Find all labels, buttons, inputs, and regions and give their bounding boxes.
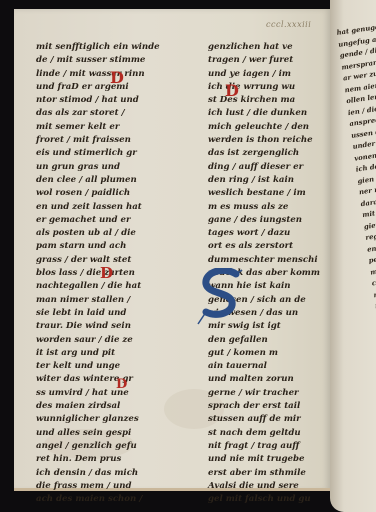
manuscript-line: wunniglicher glanzes	[36, 413, 160, 426]
manuscript-line: stussen auff de mir	[208, 413, 320, 426]
manuscript-line: Avalsi die und sere	[208, 480, 320, 493]
manuscript-line: eis und stimerlich gr	[36, 147, 160, 160]
manuscript-line: de / mit susser stimme	[36, 54, 160, 67]
manuscript-line: mit senfftiglich ein winde	[36, 41, 160, 54]
manuscript-line: mit semer kelt er	[36, 121, 160, 134]
manuscript-line: und alles sein gespi	[36, 427, 160, 440]
manuscript-line: dummeschter menschi	[208, 254, 320, 267]
manuscript-line: witer das wintere gr	[36, 373, 160, 386]
manuscript-line: gel mit falsch und gu	[208, 493, 320, 506]
manuscript-line: worden saur / die ze	[36, 334, 160, 347]
manuscript-line: ich densin / das mich	[36, 467, 160, 480]
manuscript-line: das ist zergenglich	[208, 147, 320, 160]
manuscript-line: den ring / ist kain	[208, 174, 320, 187]
manuscript-line: traur. Die wind sein	[36, 320, 160, 333]
manuscript-line: m es muss als ze	[208, 201, 320, 214]
manuscript-line: sie lebt in laid und	[36, 307, 160, 320]
rubric-initial-d: D	[110, 68, 124, 87]
left-text-column: mit senfftiglich ein windede / mit susse…	[36, 41, 160, 506]
manuscript-line: froret / mit fraissen	[36, 134, 160, 147]
manuscript-line: gerne / wir tracher	[208, 387, 320, 400]
manuscript-line: das als zar storet /	[36, 107, 160, 120]
manuscript-line: sprach der erst tail	[208, 400, 320, 413]
manuscript-line: ain tauernal	[208, 360, 320, 373]
rubric-initial-d: D	[100, 264, 113, 282]
manuscript-line: er gemachet und er	[36, 214, 160, 227]
manuscript-line: erst aber im sthmile	[208, 467, 320, 480]
manuscript-line: gut / komen m	[208, 347, 320, 360]
manuscript-line: werden is thon reiche	[208, 134, 320, 147]
manuscript-line: ntor stimod / hat und	[36, 94, 160, 107]
manuscript-line: nachtegallen / die hat	[36, 280, 160, 293]
manuscript-line: als posten ub al / die	[36, 227, 160, 240]
manuscript-line: ter kelt und unge	[36, 360, 160, 373]
manuscript-line: linde / mit wasser rinn	[36, 68, 160, 81]
folio-number: cccl.xxxiii	[266, 20, 311, 29]
manuscript-line: ret hin. Dem prus	[36, 453, 160, 466]
manuscript-line: weslich bestane / im	[208, 187, 320, 200]
manuscript-line: des maien zirdsal	[36, 400, 160, 413]
manuscript-line: ding / auff dieser er	[208, 161, 320, 174]
manuscript-line: den gefallen	[208, 334, 320, 347]
manuscript-line: und nie mit trugebe	[208, 453, 320, 466]
manuscript-line: tragen / wer furet	[208, 54, 320, 67]
manuscript-line: genzlichen hat ve	[208, 41, 320, 54]
manuscript-line: wol rosen / paidlich	[36, 187, 160, 200]
manuscript-line: man nimer stallen /	[36, 294, 160, 307]
rubric-initial-d: D	[225, 81, 239, 100]
manuscript-line: und malten zorun	[208, 373, 320, 386]
manuscript-line: un grun gras und	[36, 161, 160, 174]
manuscript-line: gane / des iungsten	[208, 214, 320, 227]
decorated-blue-initial-s	[196, 268, 246, 326]
manuscript-line: und ye iagen / im	[208, 68, 320, 81]
manuscript-line: ss umvird / hat une	[36, 387, 160, 400]
manuscript-line: mich geleuchte / den	[208, 121, 320, 134]
manuscript-line: tages wort / dazu	[208, 227, 320, 240]
manuscript-line: it ist arg und pit	[36, 347, 160, 360]
manuscript-line: st nach dem geltdu	[208, 427, 320, 440]
manuscript-line: ach des maien schon /	[36, 493, 160, 506]
manuscript-line: nit fragt / trag auff	[208, 440, 320, 453]
manuscript-line: die frass mem / und	[36, 480, 160, 493]
manuscript-line: en und zeit lassen hat	[36, 201, 160, 214]
manuscript-line: und fraD er argemi	[36, 81, 160, 94]
rubric-initial-d: D	[116, 377, 127, 392]
manuscript-line: pam starn und ach	[36, 240, 160, 253]
manuscript-line: angel / genzlich gefu	[36, 440, 160, 453]
manuscript-line: den clee / all plumen	[36, 174, 160, 187]
manuscript-line: blos lass / die zarten	[36, 267, 160, 280]
manuscript-line: grass / der walt stet	[36, 254, 160, 267]
manuscript-line: ich lust / die dunken	[208, 107, 320, 120]
manuscript-line: ort es als zerstort	[208, 240, 320, 253]
